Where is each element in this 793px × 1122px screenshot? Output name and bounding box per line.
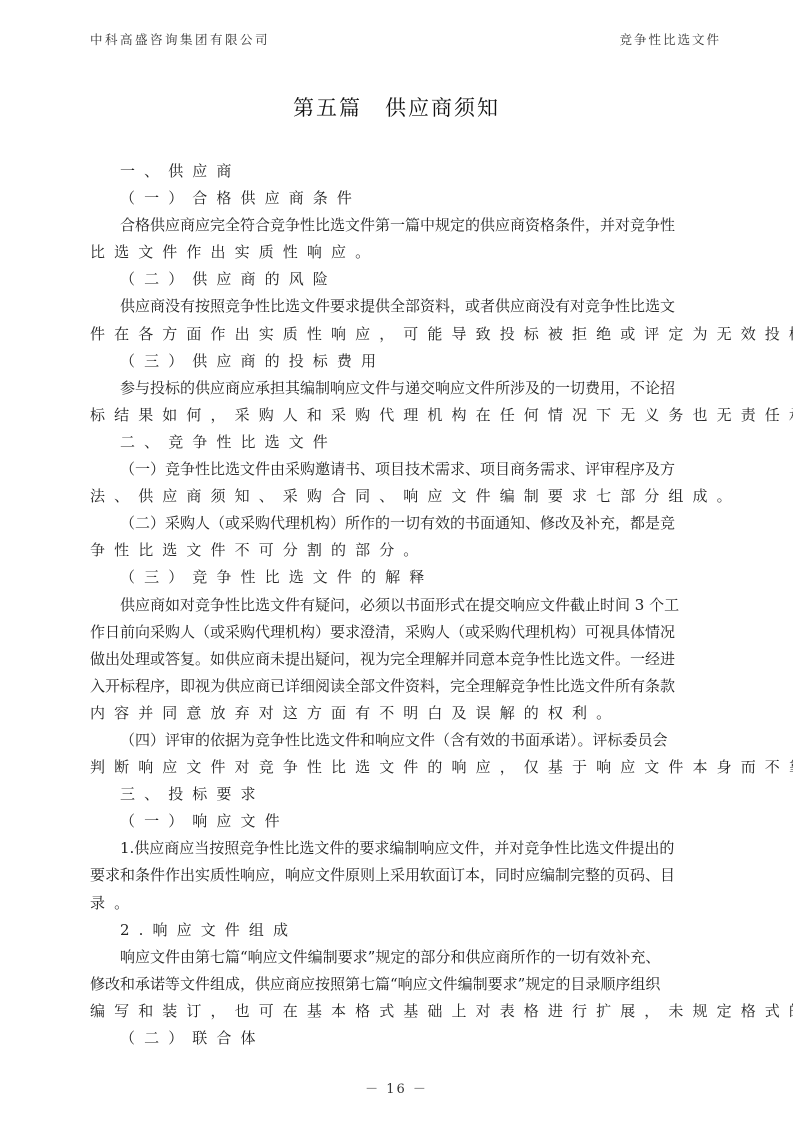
paragraph-line: 要求和条件作出实质性响应，响应文件原则上采用软面订本，同时应编制完整的页码、目 <box>90 862 730 889</box>
paragraph-line: 编写和装订，也可在基本格式基础上对表格进行扩展，未规定格式的由供应商自定格式。 <box>90 998 730 1025</box>
paragraph-line: （二）供应商的风险 <box>90 266 730 293</box>
paragraph-line: 三、投标要求 <box>90 781 730 808</box>
paragraph-line: （三）竞争性比选文件的解释 <box>90 564 730 591</box>
paragraph-line: 法、供应商须知、采购合同、响应文件编制要求七部分组成。 <box>90 483 730 510</box>
paragraph-line: （二）采购人（或采购代理机构）所作的一切有效的书面通知、修改及补充，都是竞 <box>90 510 730 537</box>
paragraph-line: （一）合格供应商条件 <box>90 185 730 212</box>
paragraph-line: 入开标程序，即视为供应商已详细阅读全部文件资料，完全理解竞争性比选文件所有条款 <box>90 673 730 700</box>
paragraph-line: （一）响应文件 <box>90 808 730 835</box>
paragraph-line: 合格供应商应完全符合竞争性比选文件第一篇中规定的供应商资格条件，并对竞争性 <box>90 212 730 239</box>
paragraph-line: 做出处理或答复。如供应商未提出疑问，视为完全理解并同意本竞争性比选文件。一经进 <box>90 646 730 673</box>
paragraph-line: 内容并同意放弃对这方面有不明白及误解的权利。 <box>90 700 730 727</box>
chapter-title: 第五篇 供应商须知 <box>0 92 793 122</box>
paragraph-line: 判断响应文件对竞争性比选文件的响应，仅基于响应文件本身而不靠外部证据。 <box>90 754 730 781</box>
paragraph-line: 录。 <box>90 890 730 917</box>
paragraph-line: （四）评审的依据为竞争性比选文件和响应文件（含有效的书面承诺）。评标委员会 <box>90 727 730 754</box>
paragraph-line: 响应文件由第七篇“响应文件编制要求”规定的部分和供应商所作的一切有效补充、 <box>90 944 730 971</box>
paragraph-line: （三）供应商的投标费用 <box>90 348 730 375</box>
header-company-name: 中科高盛咨询集团有限公司 <box>90 30 270 48</box>
paragraph-line: 修改和承诺等文件组成，供应商应按照第七篇“响应文件编制要求”规定的目录顺序组织 <box>90 971 730 998</box>
paragraph-line: 作日前向采购人（或采购代理机构）要求澄清，采购人（或采购代理机构）可视具体情况 <box>90 619 730 646</box>
paragraph-line: 供应商如对竞争性比选文件有疑问，必须以书面形式在提交响应文件截止时间 3 个工 <box>90 592 730 619</box>
header-document-type: 竞争性比选文件 <box>619 30 721 48</box>
paragraph-line: 标结果如何，采购人和采购代理机构在任何情况下无义务也无责任承担这些费用。 <box>90 402 730 429</box>
paragraph-line: （二）联合体 <box>90 1025 730 1052</box>
paragraph-line: 1.供应商应当按照竞争性比选文件的要求编制响应文件，并对竞争性比选文件提出的 <box>90 835 730 862</box>
paragraph-line: 比选文件作出实质性响应。 <box>90 239 730 266</box>
paragraph-line: 争性比选文件不可分割的部分。 <box>90 537 730 564</box>
paragraph-line: 2.响应文件组成 <box>90 917 730 944</box>
paragraph-line: 二、竞争性比选文件 <box>90 429 730 456</box>
document-body: 一、供应商（一）合格供应商条件合格供应商应完全符合竞争性比选文件第一篇中规定的供… <box>90 158 730 1052</box>
paragraph-line: 一、供应商 <box>90 158 730 185</box>
page-number: － 16 － <box>0 1078 793 1097</box>
paragraph-line: 参与投标的供应商应承担其编制响应文件与递交响应文件所涉及的一切费用，不论招 <box>90 375 730 402</box>
paragraph-line: （一）竞争性比选文件由采购邀请书、项目技术需求、项目商务需求、评审程序及方 <box>90 456 730 483</box>
paragraph-line: 供应商没有按照竞争性比选文件要求提供全部资料，或者供应商没有对竞争性比选文 <box>90 293 730 320</box>
paragraph-line: 件在各方面作出实质性响应，可能导致投标被拒绝或评定为无效投标。 <box>90 321 730 348</box>
